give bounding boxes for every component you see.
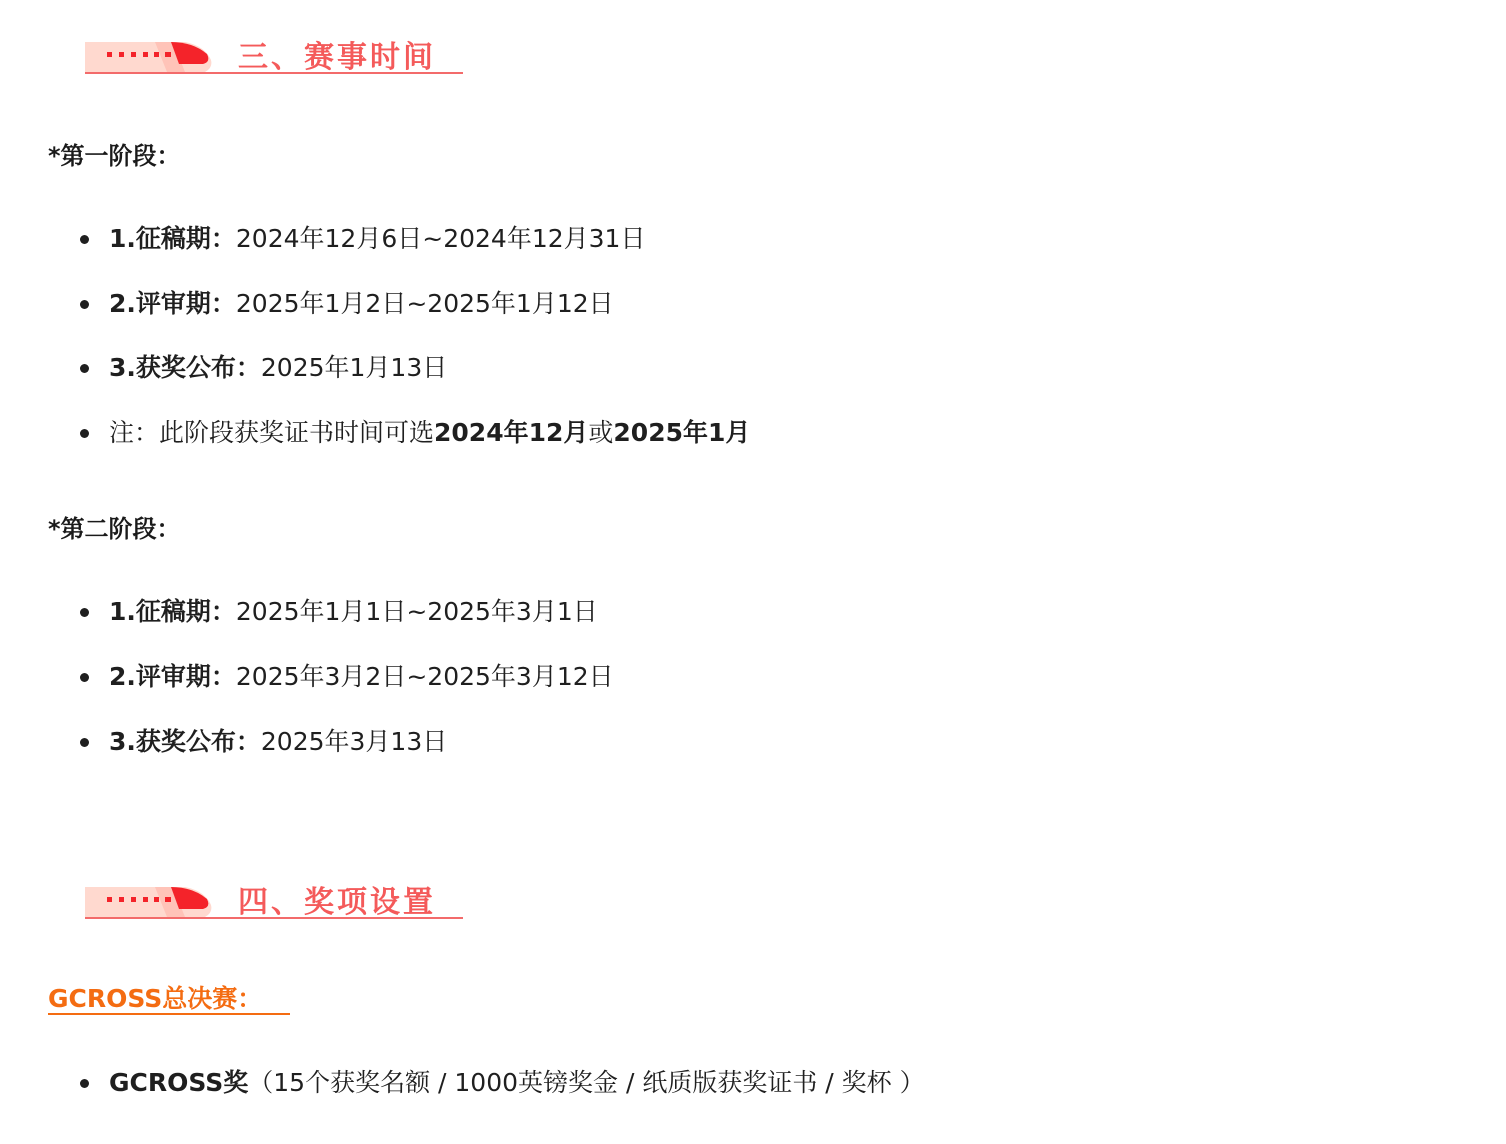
- award-details: （15个获奖名额 / 1000英镑奖金 / 纸质版获奖证书 / 奖杯 ）: [248, 1066, 924, 1100]
- section-title: 三、赛事时间: [238, 32, 436, 76]
- final-round-title: GCROSS总决赛：: [48, 979, 262, 1015]
- train-icon: [85, 42, 212, 72]
- list-item: 2.评审期： 2025年3月2日~2025年3月12日: [80, 660, 614, 694]
- stage1-title: *第一阶段：: [48, 136, 181, 171]
- train-icon: [85, 887, 212, 917]
- section-header-awards: 四、奖项设置: [85, 885, 463, 919]
- item-value: 2025年1月2日~2025年1月12日: [236, 287, 614, 321]
- list-item: 3.获奖公布： 2025年3月13日: [80, 725, 447, 759]
- list-item: 3.获奖公布： 2025年1月13日: [80, 351, 447, 385]
- note-item: 注：此阶段获奖证书时间可选 2024年12月 或 2025年1月: [80, 416, 750, 450]
- stage2-title: *第二阶段：: [48, 509, 181, 544]
- list-item: 1.征稿期： 2024年12月6日~2024年12月31日: [80, 222, 645, 256]
- item-label: 2.评审期：: [109, 287, 236, 321]
- bullet-icon: [80, 673, 89, 682]
- item-value: 2025年3月13日: [261, 725, 447, 759]
- item-label: 3.获奖公布：: [109, 351, 261, 385]
- bullet-icon: [80, 364, 89, 373]
- item-label: 1.征稿期：: [109, 222, 236, 256]
- item-value: 2025年1月1日~2025年3月1日: [236, 595, 598, 629]
- item-label: 1.征稿期：: [109, 595, 236, 629]
- bullet-icon: [80, 429, 89, 438]
- list-item: 1.征稿期： 2025年1月1日~2025年3月1日: [80, 595, 598, 629]
- award-item: GCROSS奖 （15个获奖名额 / 1000英镑奖金 / 纸质版获奖证书 / …: [80, 1066, 925, 1100]
- section-underline: [85, 72, 463, 74]
- item-label: 2.评审期：: [109, 660, 236, 694]
- section-underline: [85, 917, 463, 919]
- item-value: 2025年3月2日~2025年3月12日: [236, 660, 614, 694]
- award-name: GCROSS奖: [109, 1066, 248, 1100]
- item-value: 2025年1月13日: [261, 351, 447, 385]
- bullet-icon: [80, 608, 89, 617]
- note-date-2: 2025年1月: [613, 416, 750, 450]
- bullet-icon: [80, 1079, 89, 1088]
- item-label: 3.获奖公布：: [109, 725, 261, 759]
- bullet-icon: [80, 235, 89, 244]
- note-or: 或: [588, 416, 613, 450]
- final-round-underline: [48, 1013, 290, 1015]
- item-value: 2024年12月6日~2024年12月31日: [236, 222, 646, 256]
- bullet-icon: [80, 738, 89, 747]
- section-header-event-schedule: 三、赛事时间: [85, 40, 463, 74]
- bullet-icon: [80, 300, 89, 309]
- note-date-1: 2024年12月: [434, 416, 588, 450]
- list-item: 2.评审期： 2025年1月2日~2025年1月12日: [80, 287, 614, 321]
- note-prefix: 注：此阶段获奖证书时间可选: [109, 416, 434, 450]
- section-title: 四、奖项设置: [238, 877, 436, 921]
